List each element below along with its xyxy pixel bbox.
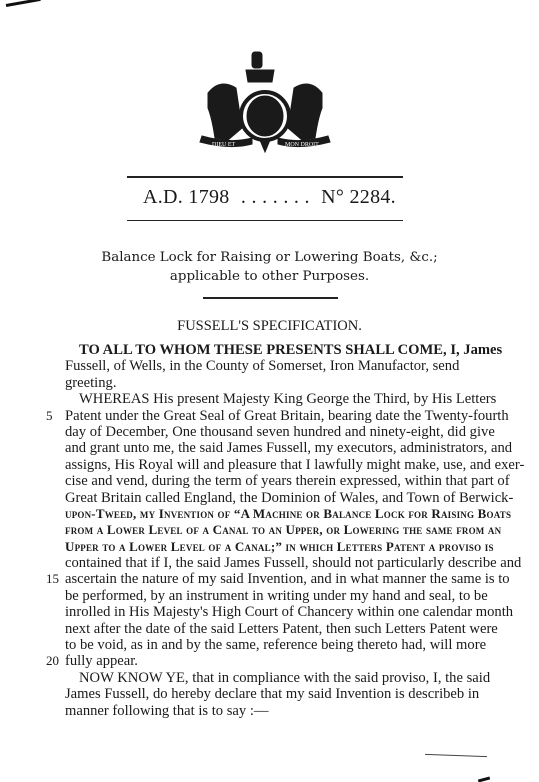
margin-mark: [478, 776, 490, 782]
body-line: upon-Tweed, my Invention of “A Machine o…: [65, 506, 455, 522]
top-rule: [127, 176, 403, 178]
bottom-rule: [127, 220, 403, 221]
title-divider: [203, 297, 338, 299]
patent-reference: A.D. 1798 . . . . . . . N° 2284.: [0, 186, 539, 209]
body-line: and grant unto me, the said James Fussel…: [65, 440, 455, 456]
body-line: manner following that is to say :—: [65, 703, 455, 719]
leader-dots: . . . . . . .: [241, 186, 310, 208]
body-line: 15ascertain the nature of my said Invent…: [65, 571, 455, 587]
royal-coat-of-arms-icon: DIEU ET MON DROIT: [190, 48, 340, 153]
body-line: Fussell, of Wells, in the County of Some…: [65, 358, 455, 374]
body-line: assigns, His Royal will and pleasure tha…: [65, 457, 455, 473]
body-line: from a Lower Level of a Canal to an Uppe…: [65, 522, 455, 538]
body-line: day of December, One thousand seven hund…: [65, 424, 455, 440]
line-number: 15: [46, 571, 59, 587]
line-number: 5: [46, 408, 53, 424]
body-line: 20fully appear.: [65, 653, 455, 669]
title-line-2: applicable to other Purposes.: [0, 267, 539, 286]
body-line: WHEREAS His present Majesty King George …: [65, 391, 455, 407]
body-line: 5Patent under the Great Seal of Great Br…: [65, 408, 455, 424]
margin-mark: [425, 754, 487, 757]
svg-text:MON DROIT: MON DROIT: [285, 142, 319, 148]
body-line: cise and vend, during the term of years …: [65, 473, 455, 489]
body-line: NOW KNOW YE, that in compliance with the…: [65, 670, 455, 686]
body-line: be performed, by an instrument in writin…: [65, 588, 455, 604]
svg-text:DIEU ET: DIEU ET: [212, 142, 235, 148]
body-line: Upper to a Lower Level of a Canal;” in w…: [65, 539, 455, 555]
body-line: to be void, as in and by the same, refer…: [65, 637, 455, 653]
body-line: James Fussell, do hereby declare that my…: [65, 686, 455, 702]
line-number: 20: [46, 653, 59, 669]
body-line: inrolled in His Majesty's High Court of …: [65, 604, 455, 620]
specification-body: TO ALL TO WHOM THESE PRESENTS SHALL COME…: [65, 342, 455, 719]
patent-number: N° 2284.: [321, 186, 396, 208]
body-line: Great Britain called England, the Domini…: [65, 490, 455, 506]
title-line-1: Balance Lock for Raising or Lowering Boa…: [0, 248, 539, 267]
body-line: contained that if I, the said James Fuss…: [65, 555, 455, 571]
body-line: greeting.: [65, 375, 455, 391]
body-line: next after the date of the said Letters …: [65, 621, 455, 637]
body-line: TO ALL TO WHOM THESE PRESENTS SHALL COME…: [65, 342, 455, 358]
patent-year: A.D. 1798: [143, 186, 230, 208]
margin-mark: [6, 0, 41, 7]
patent-title: Balance Lock for Raising or Lowering Boa…: [0, 248, 539, 286]
specification-heading: FUSSELL'S SPECIFICATION.: [0, 318, 539, 335]
